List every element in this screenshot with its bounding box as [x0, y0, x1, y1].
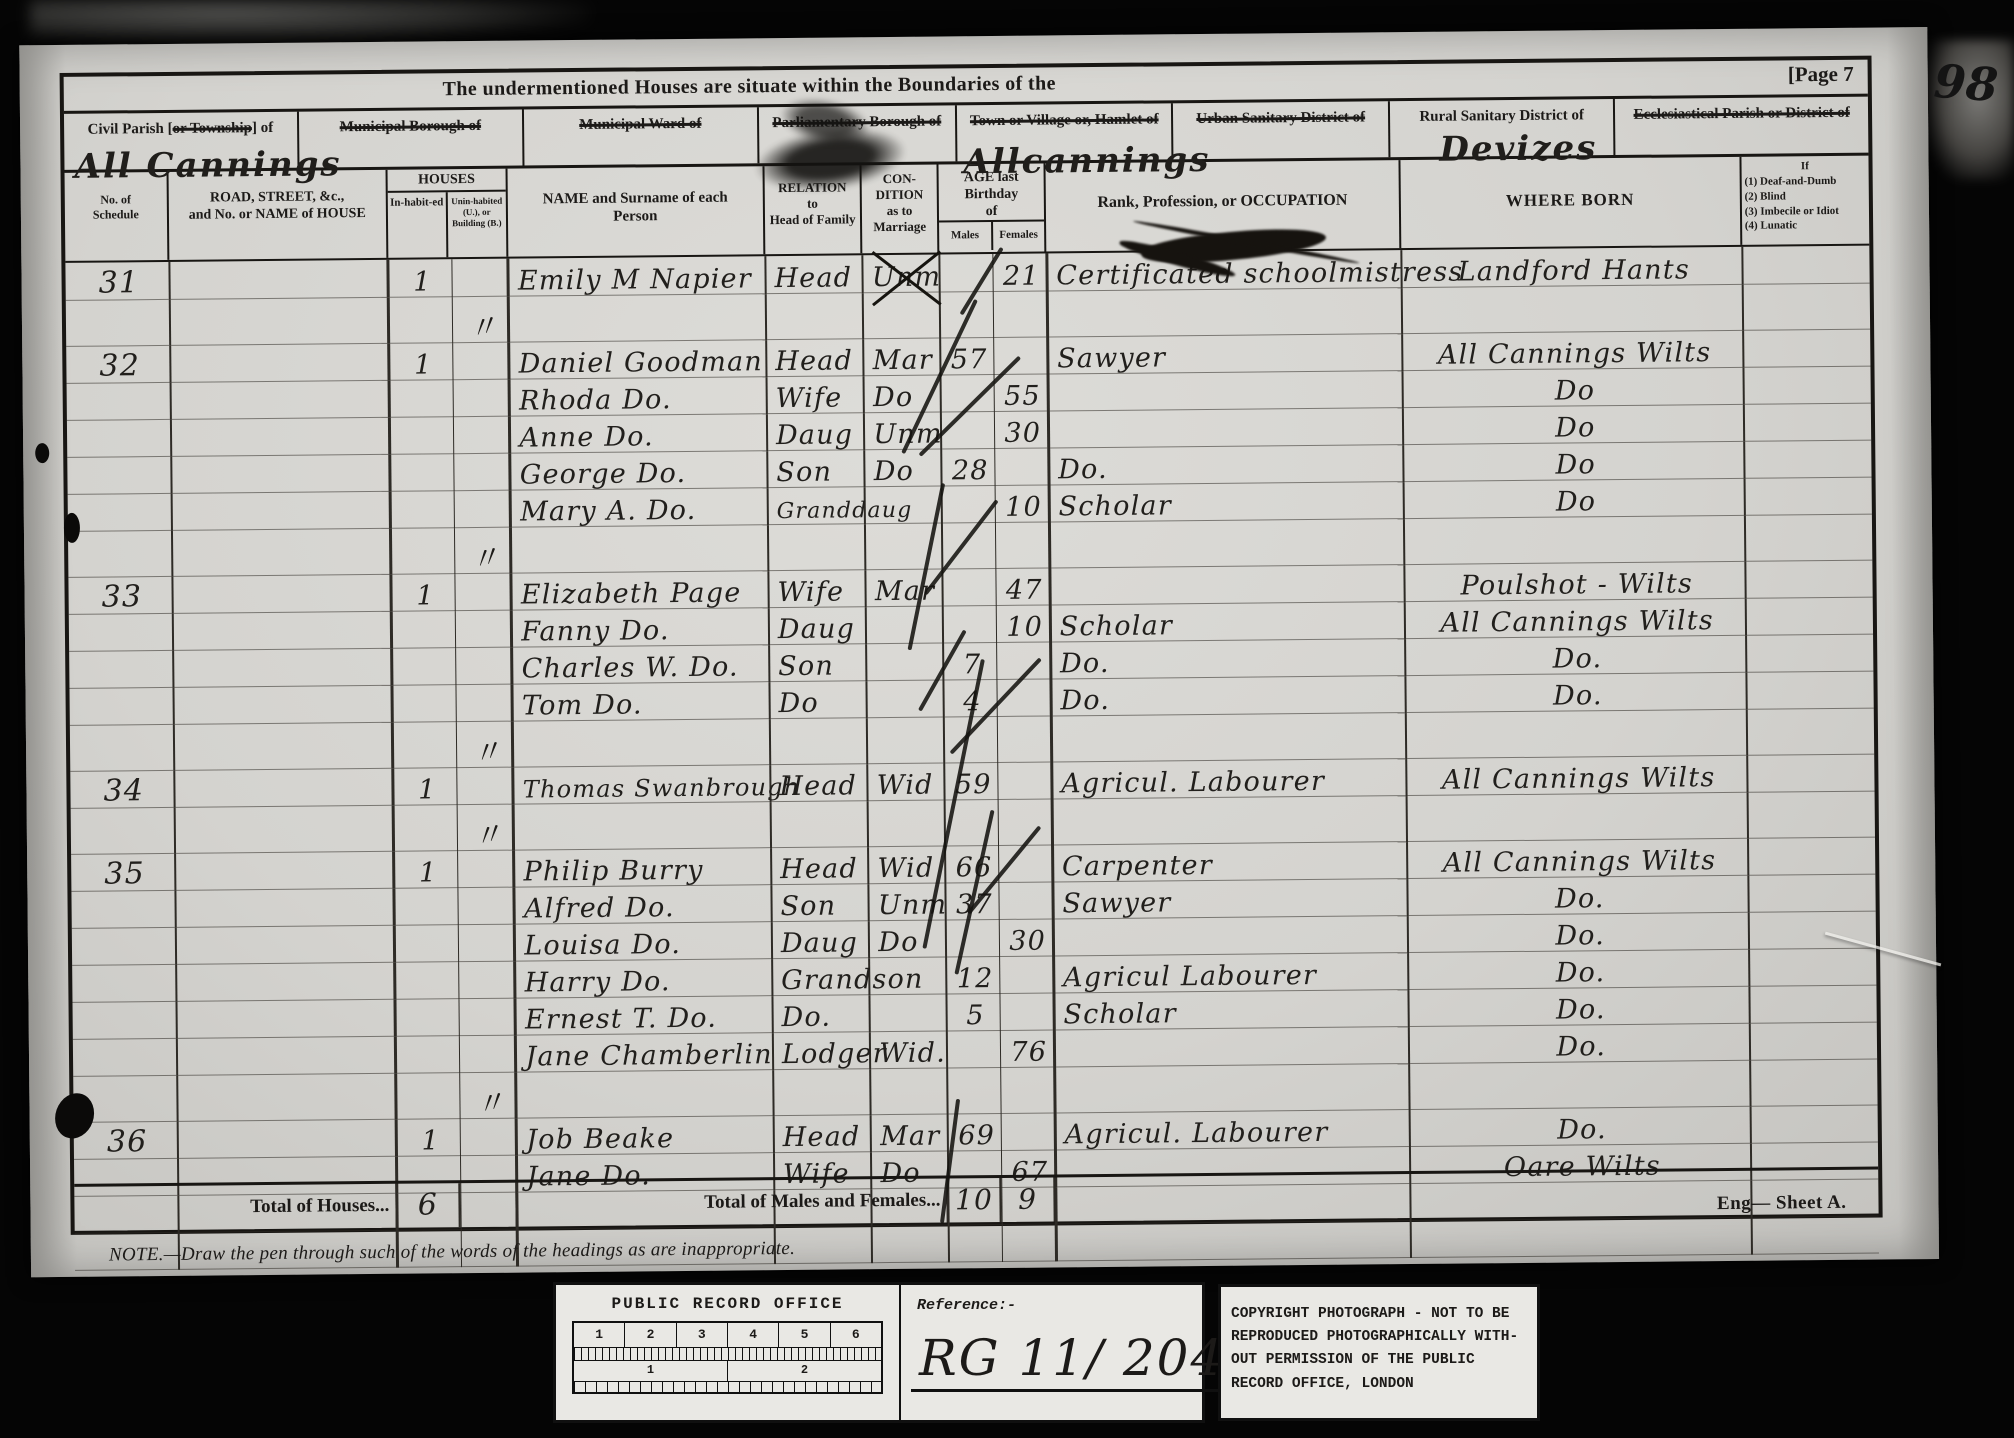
census-page-paper: The undermentioned Houses are situate wi… [19, 27, 1939, 1277]
age-female-cell: 47 [996, 567, 1050, 605]
occupation-cell [1053, 915, 1408, 955]
relation-cell-value: Son [776, 456, 832, 488]
name-cell-value: Alfred Do. [524, 892, 675, 924]
occupation-cell-value: Scholar [1058, 490, 1172, 522]
condition-cell: Mar [863, 338, 940, 376]
infirmity-cell [1750, 1059, 1878, 1106]
occupation-cell: Scholar [1049, 481, 1404, 521]
road-cell [169, 260, 389, 299]
relation-cell-value: Head [783, 1121, 861, 1153]
name-cell [513, 718, 771, 766]
infirmity-cell [1745, 560, 1873, 598]
occupation-cell-value: Scholar [1060, 610, 1174, 642]
relation-cell: Head [774, 1114, 872, 1152]
schedule-cell: 35 [71, 853, 175, 891]
relation-cell: Head [771, 846, 869, 884]
infirmity-cell [1749, 948, 1877, 986]
whereborn-cell: All Cannings Wilts [1406, 755, 1747, 795]
whereborn-cell [1406, 792, 1747, 841]
relation-cell: Son [769, 643, 867, 681]
whereborn-cell [1404, 515, 1745, 564]
inhabited-cell: 1 [397, 1118, 460, 1156]
district-handwritten-value: All Cannings [74, 143, 342, 188]
uninhabited-cell [454, 490, 511, 528]
copyright-line: OUT PERMISSION OF THE PUBLIC [1231, 1349, 1527, 1372]
whereborn-cell: All Cannings Wilts [1407, 838, 1748, 878]
schedule-cell [73, 1038, 177, 1076]
road-cell [177, 1036, 397, 1075]
road-cell [175, 888, 395, 927]
uninhabited-cell [460, 1118, 517, 1156]
occupation-cell-value: Certificated schoolmistress [1056, 256, 1463, 291]
age-male-cell-value: 28 [952, 455, 989, 486]
age-male-cell [942, 568, 996, 606]
ruler-number: 2 [625, 1323, 676, 1347]
whereborn-cell: All Cannings Wilts [1402, 330, 1743, 370]
schedule-cell: 34 [70, 770, 174, 808]
condition-cell-value: Unm [872, 263, 942, 291]
infirmity-cell [1751, 1216, 1879, 1254]
age-female-cell [999, 881, 1053, 919]
district-handwritten-value: Devizes [1439, 127, 1597, 171]
name-cell-value: Elizabeth Page [521, 577, 742, 610]
condition-cell-value: Wid. [879, 1037, 946, 1069]
inhabited-cell [395, 924, 458, 962]
copyright-stamp: COPYRIGHT PHOTOGRAPH - NOT TO BEREPRODUC… [1218, 1284, 1540, 1421]
whereborn-cell: Do. [1405, 672, 1746, 712]
relation-cell: Do [769, 680, 867, 718]
age-female-cell-value: 30 [1009, 925, 1046, 956]
whereborn-cell-value: Do [1556, 486, 1597, 517]
road-cell [176, 999, 396, 1038]
infirmity-header-line: (3) Imbecile or Idiot [1745, 203, 1866, 219]
uninhabited-cell: 〃 [454, 527, 511, 574]
occupation-cell [1052, 795, 1407, 844]
age-male-cell: 66 [945, 845, 999, 883]
occupation-cell: Sawyer [1053, 878, 1408, 918]
whereborn-cell-value: Do [1555, 375, 1596, 406]
name-cell-value: Daniel Goodman [519, 346, 764, 379]
relation-cell [766, 292, 864, 339]
uninhabited-cell: 〃 [452, 296, 509, 343]
inhabited-cell [392, 684, 455, 722]
age-male-cell: 28 [941, 448, 995, 486]
occupation-cell-value: Sawyer [1057, 342, 1166, 374]
col-uninhabited-header: Unin-habited (U.), or Building (B.) [448, 192, 507, 258]
relation-cell: Granddaug [767, 486, 865, 524]
age-male-cell: 5 [946, 993, 1000, 1031]
uninhabited-cell [455, 610, 512, 648]
age-female-cell: 21 [993, 253, 1047, 291]
public-record-office-stamp: PUBLIC RECORD OFFICE 123456 12 Reference… [553, 1282, 1205, 1423]
condition-cell [863, 292, 940, 339]
district-cell: Town or Village or, Hamlet ofAllcannings [957, 103, 1174, 161]
ruler-ticks [574, 1348, 881, 1361]
occupation-cell: Do. [1050, 638, 1405, 678]
ruler-number: 3 [677, 1323, 728, 1347]
uninhabited-cell [455, 647, 512, 685]
name-cell: Ernest T. Do. [515, 995, 772, 1034]
ruler-number: 5 [779, 1323, 830, 1347]
whereborn-cell-value: All Cannings Wilts [1440, 605, 1714, 639]
age-male-cell-value: 66 [956, 852, 993, 883]
age-female-cell: 76 [1000, 1029, 1054, 1067]
uninhabited-cell [456, 767, 513, 805]
infirmity-cell [1747, 754, 1875, 792]
name-cell: Emily M Napier [508, 256, 765, 295]
inhabited-cell-value: 1 [421, 1125, 440, 1156]
age-female-cell [1002, 1223, 1056, 1261]
whereborn-cell: Do. [1409, 1023, 1750, 1063]
infirmity-header-line: If [1744, 159, 1865, 175]
age-male-cell [941, 411, 995, 449]
reference-label: Reference:- [917, 1297, 1016, 1314]
occupation-cell [1050, 564, 1405, 604]
ruler-ticks [574, 1382, 881, 1392]
relation-cell: Do. [772, 994, 870, 1032]
name-cell: Charles W. Do. [512, 644, 769, 683]
col-name-header: NAME and Surname of each Person [507, 166, 765, 256]
total-houses-value: 6 [397, 1183, 461, 1228]
road-cell [171, 454, 391, 493]
occupation-cell: Do. [1051, 675, 1406, 715]
age-female-cell: 10 [996, 604, 1050, 642]
age-male-cell-value: 57 [951, 344, 988, 375]
uninhabited-cell [453, 416, 510, 454]
name-cell: Job Beake [516, 1115, 773, 1154]
name-cell: Thomas Swanbrough [513, 764, 770, 803]
name-cell: Rhoda Do. [509, 376, 766, 415]
inhabited-cell-value: 1 [419, 857, 438, 888]
relation-cell-value: Daug [778, 613, 856, 645]
age-female-cell-value: 10 [1005, 491, 1042, 522]
infirmity-cell [1742, 246, 1870, 284]
uninhabited-cell [458, 961, 515, 999]
condition-cell: Wid. [870, 1030, 947, 1068]
ruler-number: 2 [728, 1361, 881, 1381]
condition-cell: Mar [871, 1113, 948, 1151]
condition-cell: Unm [863, 255, 940, 293]
condition-cell [870, 993, 947, 1031]
schedule-cell [72, 927, 176, 965]
relation-cell [770, 717, 868, 764]
occupation-cell-value: Sawyer [1062, 887, 1171, 919]
form-title: The undermentioned Houses are situate wi… [280, 71, 1218, 103]
whereborn-cell [1401, 284, 1742, 333]
relation-cell [773, 1068, 871, 1115]
photo-edge-mottle [30, 0, 590, 44]
copyright-line: COPYRIGHT PHOTOGRAPH - NOT TO BE [1231, 1303, 1527, 1326]
relation-cell-value: Son [780, 890, 836, 922]
inhabited-cell [392, 610, 455, 648]
whereborn-cell [1410, 1217, 1751, 1257]
whereborn-cell-value: Do [1555, 449, 1596, 480]
name-cell-value: Anne Do. [519, 421, 654, 453]
inhabited-cell [396, 1035, 459, 1073]
name-cell-value: Rhoda Do. [519, 384, 672, 416]
road-cell [172, 611, 392, 650]
pro-title: PUBLIC RECORD OFFICE [556, 1295, 899, 1313]
infirmity-cell [1749, 985, 1877, 1023]
infirmity-cell [1743, 366, 1871, 404]
schedule-cell [67, 382, 171, 420]
total-males-value: 10 [948, 1178, 1002, 1223]
road-cell [175, 925, 395, 964]
inhabited-cell [389, 379, 452, 417]
schedule-cell: 33 [68, 576, 172, 614]
age-male-cell [949, 1224, 1003, 1262]
road-cell [177, 1119, 397, 1158]
relation-cell [768, 523, 866, 570]
scale-ruler: 123456 12 [572, 1321, 883, 1394]
occupation-cell [1049, 518, 1404, 567]
uninhabited-cell [451, 259, 508, 297]
name-cell: Daniel Goodman [509, 339, 766, 378]
name-cell-value: Harry Do. [525, 966, 671, 998]
col-inhabited-header: In-habit-ed [388, 192, 449, 258]
whereborn-cell [1409, 1060, 1750, 1109]
condition-cell-value: Do [873, 381, 914, 412]
schedule-cell [66, 299, 170, 346]
whereborn-cell: Do [1403, 404, 1744, 444]
age-male-cell: 7 [943, 642, 997, 680]
occupation-cell: Sawyer [1047, 333, 1402, 373]
whereborn-cell-value: All Cannings Wilts [1438, 337, 1712, 371]
inhabited-cell: 1 [389, 342, 452, 380]
folio-number: 98 [1932, 54, 2000, 112]
infirmity-cell [1750, 1022, 1878, 1060]
whereborn-cell-value: All Cannings Wilts [1442, 762, 1716, 796]
road-cell [173, 685, 393, 724]
road-cell [170, 343, 390, 382]
struck-words: or Township [172, 120, 252, 137]
age-male-cell [942, 485, 996, 523]
inhabited-cell [390, 453, 453, 491]
inhabited-cell [390, 490, 453, 528]
occupation-cell-value: Do. [1060, 684, 1110, 715]
name-cell-value: Job Beake [526, 1123, 674, 1155]
occupation-cell [1048, 370, 1403, 410]
district-cell: Municipal Ward of [524, 107, 759, 165]
district-cell: Ecclesiastical Parish or District of [1615, 97, 1868, 155]
occupation-cell-value: Do. [1060, 647, 1110, 678]
relation-cell-value: Head [780, 853, 858, 885]
occupation-cell [1048, 407, 1403, 447]
age-female-cell [1001, 1112, 1055, 1150]
name-cell [513, 801, 771, 849]
occupation-cell: Scholar [1050, 601, 1405, 641]
inhabited-cell [389, 296, 453, 343]
schedule-cell [68, 530, 172, 577]
age-male-cell: 59 [944, 762, 998, 800]
schedule-cell [72, 1001, 176, 1039]
name-cell: Jane Chamberlin [516, 1032, 773, 1071]
page-number: [Page 7 [1788, 62, 1854, 88]
relation-cell: Wife [768, 569, 866, 607]
road-cell [177, 1073, 397, 1121]
condition-cell [870, 1067, 947, 1114]
schedule-cell [68, 493, 172, 531]
census-form: The undermentioned Houses are situate wi… [60, 56, 1883, 1235]
district-handwritten-value: Allcannings [963, 138, 1210, 183]
name-cell-value: Jane Chamberlin [525, 1039, 773, 1072]
whereborn-cell: Do [1403, 478, 1744, 518]
schedule-cell-value: 34 [103, 773, 144, 808]
ink-blot [64, 513, 80, 543]
infirmity-cell [1746, 671, 1874, 709]
whereborn-cell: Do. [1408, 949, 1749, 989]
age-male-cell-value: 69 [958, 1120, 995, 1151]
infirmity-cell [1744, 403, 1872, 441]
occupation-cell: Agricul Labourer [1053, 952, 1408, 992]
uninhabited-cell: 〃 [457, 804, 514, 851]
district-cell: Rural Sanitary District ofDevizes [1390, 99, 1616, 157]
whereborn-cell-value: Do. [1556, 957, 1606, 988]
occupation-cell [1047, 287, 1402, 336]
schedule-cell [69, 687, 173, 725]
schedule-cell-value: 33 [101, 579, 142, 614]
occupation-cell: Scholar [1054, 989, 1409, 1029]
relation-cell-value: Grandson [781, 963, 924, 995]
reference-panel: Reference:- RG 11/ 2040 [901, 1285, 1202, 1420]
col-males-header: Males [939, 222, 993, 251]
infirmity-cell [1748, 837, 1876, 875]
road-cell [171, 491, 391, 530]
relation-cell-value: Granddaug [777, 497, 913, 523]
relation-cell: Daug [767, 412, 865, 450]
whereborn-cell-value: Landford Hants [1458, 254, 1691, 287]
scanned-census-photograph: { "page": { "title": "The undermentioned… [0, 0, 2014, 1438]
occupation-cell: Agricul. Labourer [1052, 758, 1407, 798]
occupation-cell [1056, 1220, 1411, 1260]
age-female-cell [993, 290, 1048, 337]
infirmity-cell [1744, 440, 1872, 478]
uninhabited-cell [457, 887, 514, 925]
road-cell [176, 962, 396, 1001]
age-female-cell-value: 47 [1006, 574, 1043, 605]
infirmity-cell [1742, 283, 1870, 330]
whereborn-cell: Do. [1405, 635, 1746, 675]
name-cell-value: Charles W. Do. [521, 651, 738, 684]
uninhabited-cell [454, 573, 511, 611]
total-males-females-label: Total of Males and Females... [517, 1178, 949, 1226]
condition-cell-value: Do [878, 926, 919, 957]
whereborn-cell-value: Do. [1556, 994, 1606, 1025]
age-female-cell [999, 955, 1053, 993]
ruler-scale-large: 12 [574, 1361, 881, 1382]
infirmity-cell [1746, 634, 1874, 672]
ruler-number: 6 [831, 1323, 881, 1347]
schedule-cell [69, 650, 173, 688]
district-cell: Civil Parish [or Township] ofAll Canning… [64, 112, 299, 170]
name-cell-value: Thomas Swanbrough [523, 772, 801, 803]
relation-cell [771, 800, 869, 847]
infirmity-cell [1747, 708, 1875, 755]
occupation-cell-value: Agricul. Labourer [1064, 1116, 1328, 1150]
total-females-value: 9 [1001, 1177, 1056, 1222]
condition-cell-value: Mar [880, 1120, 941, 1152]
inhabited-cell [394, 804, 458, 851]
inhabited-cell-value: 1 [416, 580, 435, 611]
occupation-cell: Carpenter [1052, 841, 1407, 881]
schedule-cell [72, 964, 176, 1002]
occupation-cell-value: Carpenter [1062, 849, 1213, 881]
name-cell: Harry Do. [515, 958, 772, 997]
schedule-cell [67, 419, 171, 457]
age-female-cell-value: 55 [1004, 380, 1041, 411]
uninhabited-cell [457, 850, 514, 888]
name-cell: George Do. [510, 450, 767, 489]
name-cell: Fanny Do. [512, 607, 769, 646]
age-female-cell: 30 [999, 918, 1053, 956]
relation-cell-value: Wife [777, 576, 844, 608]
schedule-cell [70, 724, 174, 771]
whereborn-cell: Do [1403, 441, 1744, 481]
condition-cell: Wid [868, 763, 945, 801]
age-male-cell [943, 605, 997, 643]
inhabited-cell: 1 [393, 767, 456, 805]
occupation-cell-value: Scholar [1063, 998, 1177, 1030]
inhabited-cell: 1 [388, 259, 451, 297]
district-label: Municipal Ward of [524, 114, 757, 135]
whereborn-cell-value: Do. [1557, 1114, 1607, 1145]
schedule-cell-value: 35 [104, 856, 145, 891]
relation-cell: Son [767, 449, 865, 487]
name-cell: Louisa Do. [515, 921, 772, 960]
schedule-cell [71, 890, 175, 928]
age-male-cell-value: 5 [966, 1000, 985, 1031]
condition-cell-value: Wid [877, 852, 934, 884]
relation-cell-value: Head [774, 262, 852, 294]
uninhabited-cell [453, 379, 510, 417]
age-female-cell-value: 30 [1004, 417, 1041, 448]
schedule-cell: 31 [65, 262, 169, 300]
whereborn-cell: Do. [1409, 1106, 1750, 1146]
age-male-cell: 12 [946, 956, 1000, 994]
whereborn-cell-value: Do. [1553, 643, 1603, 674]
age-female-cell [993, 336, 1047, 374]
road-cell [172, 574, 392, 613]
road-cell [169, 297, 389, 345]
road-cell [173, 648, 393, 687]
schedule-cell [67, 456, 171, 494]
name-cell-value: Louisa Do. [524, 929, 681, 962]
age-female-cell: 10 [995, 484, 1049, 522]
whereborn-cell-value: Do. [1555, 883, 1605, 914]
infirmity-cell [1748, 874, 1876, 912]
whereborn-cell-value: Do. [1556, 1031, 1606, 1062]
relation-cell-value: Daug [781, 927, 859, 959]
road-cell [174, 722, 394, 770]
relation-cell: Wife [766, 375, 864, 413]
inhabited-cell-value: 1 [414, 349, 433, 380]
road-cell [171, 417, 391, 456]
age-male-cell-value: 12 [957, 963, 994, 994]
age-male-cell [946, 919, 1000, 957]
relation-cell-value: Do [778, 687, 819, 718]
name-cell-value: Tom Do. [522, 689, 643, 721]
totals-empty-cell [460, 1183, 517, 1228]
name-cell-value: Mary A. Do. [520, 494, 697, 527]
district-label: Town or Village or, Hamlet of [957, 110, 1172, 131]
schedule-cell [71, 807, 175, 854]
whereborn-cell [1406, 709, 1747, 758]
whereborn-cell: All Cannings Wilts [1404, 598, 1745, 638]
inhabited-cell: 1 [394, 850, 457, 888]
age-female-cell [998, 798, 1053, 845]
name-cell [509, 293, 767, 341]
relation-cell-value: Daug [776, 419, 854, 451]
